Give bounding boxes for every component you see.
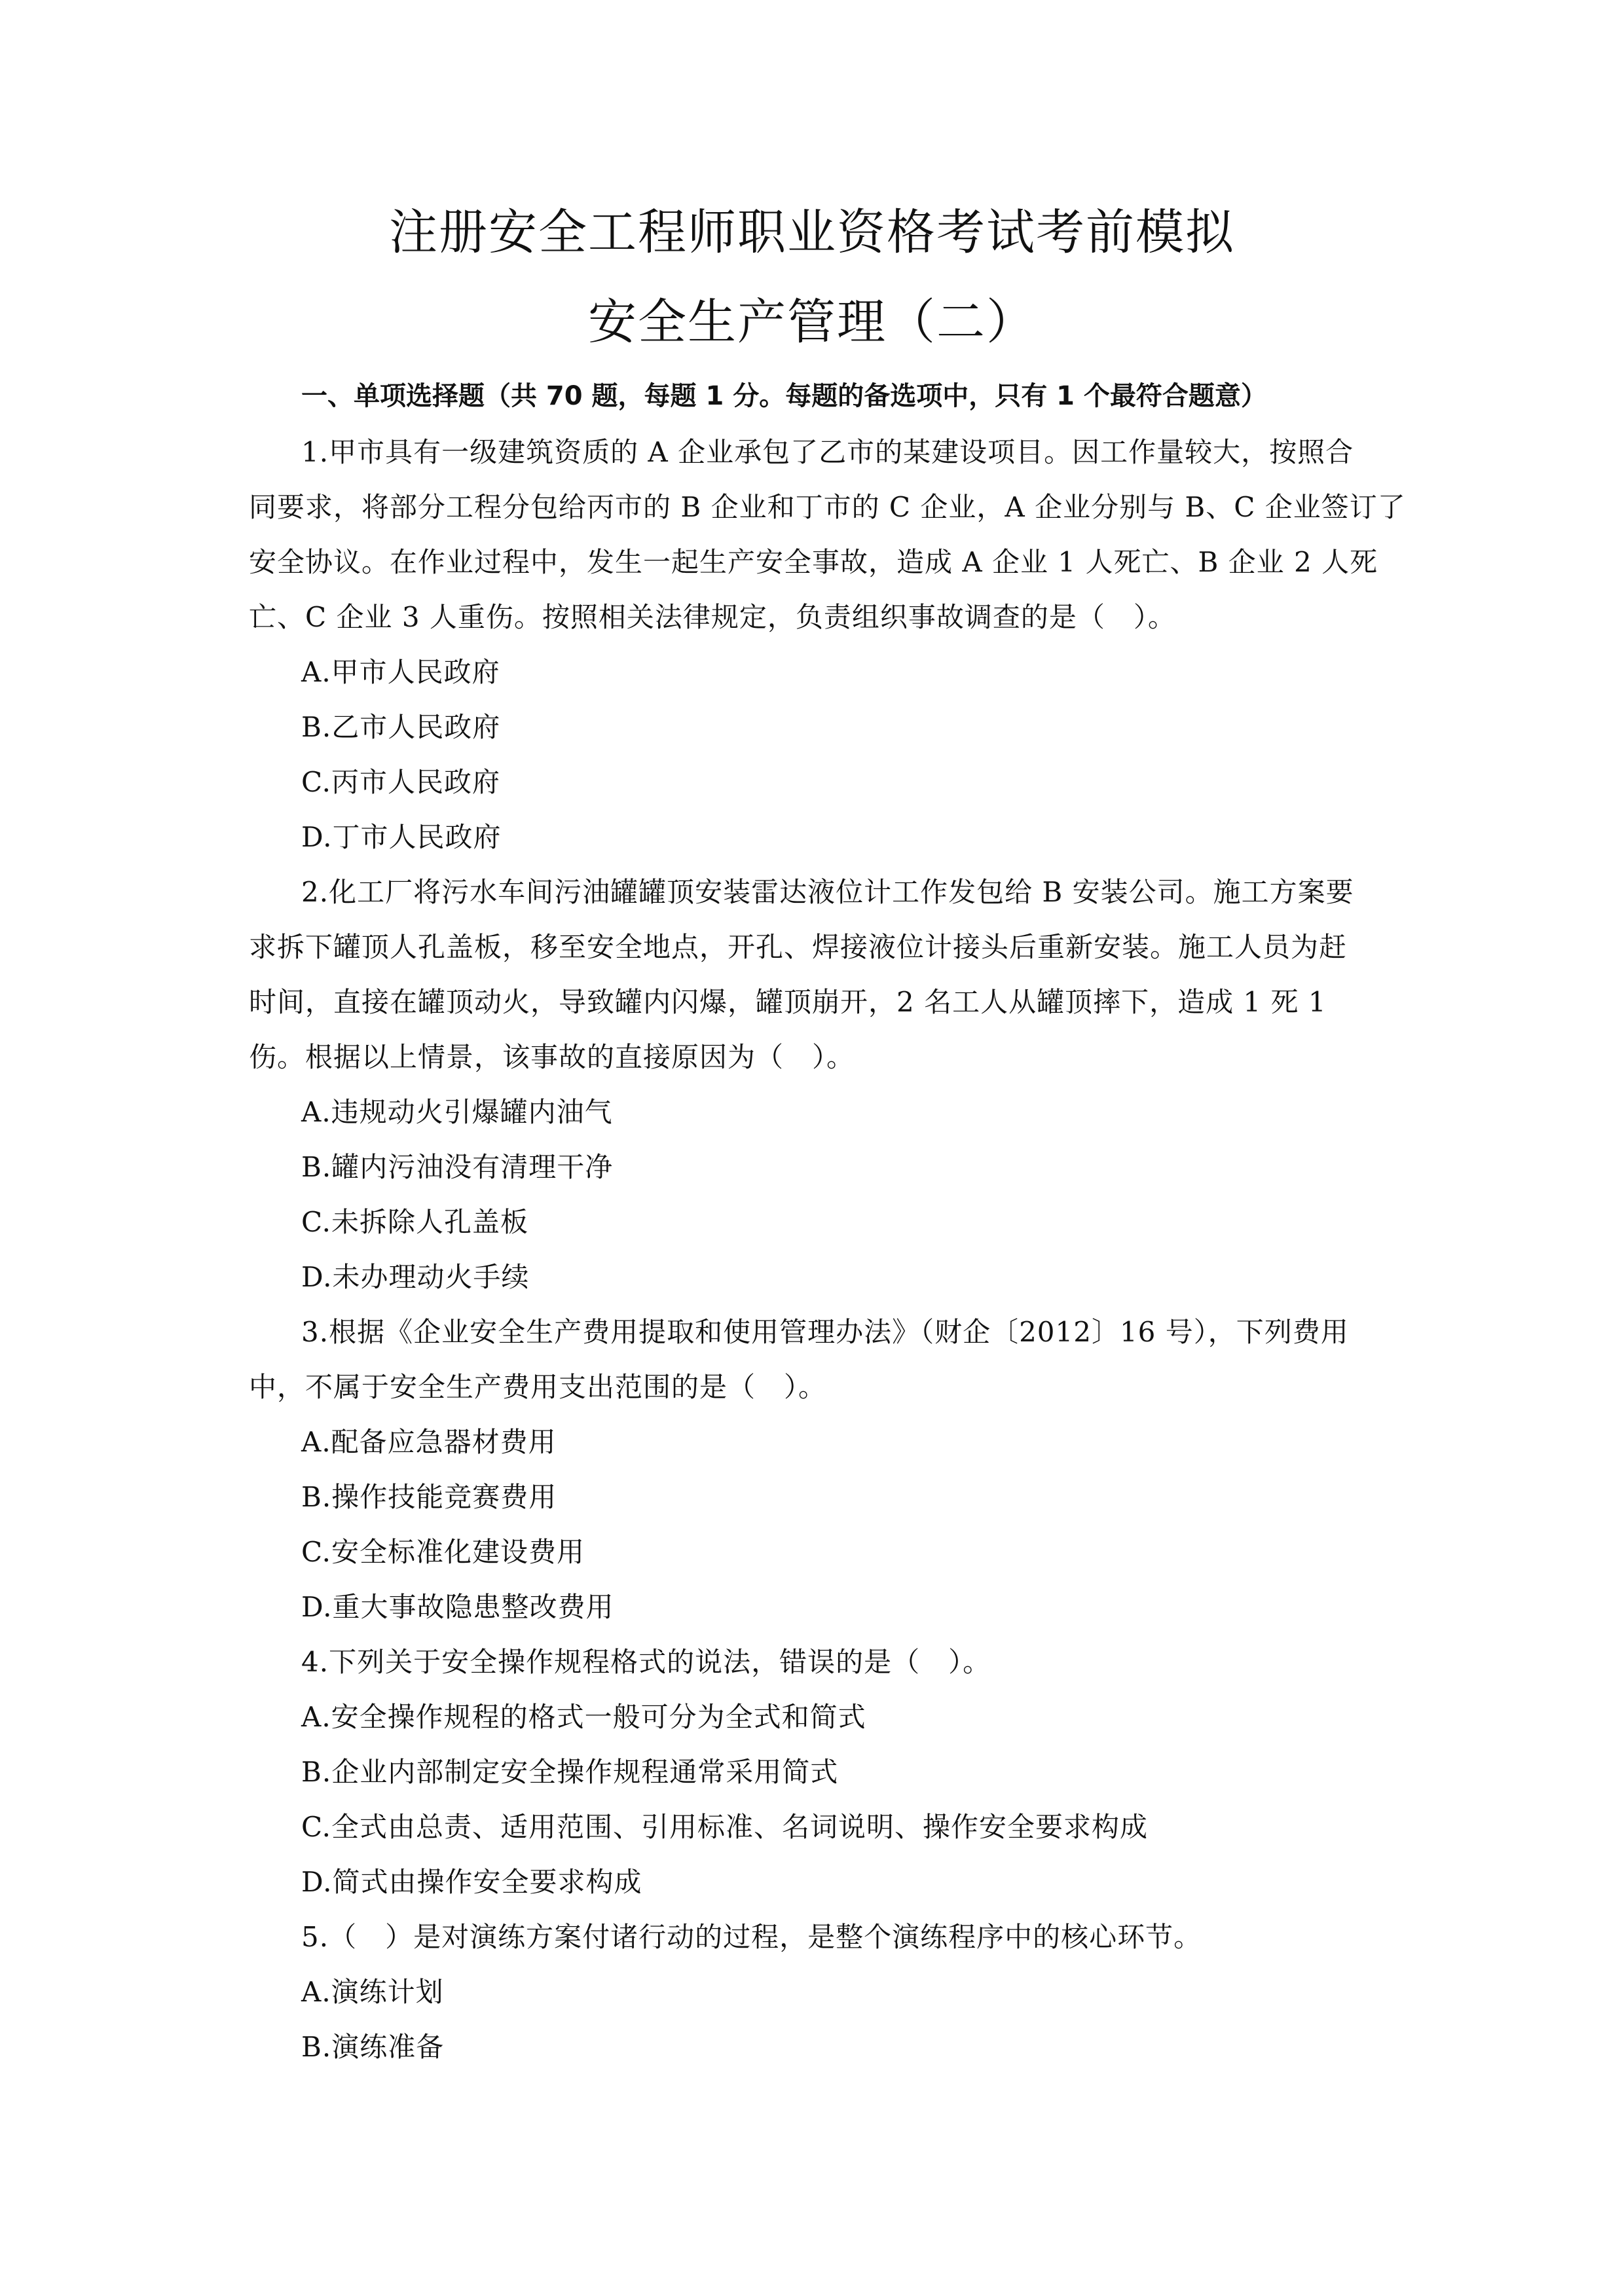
question-2-option-a: A.违规动火引爆罐内油气 (301, 1099, 1428, 1126)
question-3-option-c: C.安全标准化建设费用 (301, 1539, 1428, 1566)
question-1-stem-line: 安全协议。在作业过程中，发生一起生产安全事故，造成 A 企业 1 人死亡、B 企… (249, 549, 1375, 576)
question-1-option-c: C.丙市人民政府 (301, 769, 1428, 796)
question-2-stem-line: 伤。根据以上情景，该事故的直接原因为（ ）。 (249, 1044, 1375, 1071)
question-4-stem-line: 4.下列关于安全操作规程格式的说法，错误的是（ ）。 (301, 1649, 1428, 1676)
question-4-option-d: D.简式由操作安全要求构成 (301, 1868, 1428, 1896)
question-2-stem-line: 求拆下罐顶人孔盖板，移至安全地点，开孔、焊接液位计接头后重新安装。施工人员为赶 (249, 934, 1375, 961)
question-2-option-d: D.未办理动火手续 (301, 1264, 1428, 1291)
document-title: 注册安全工程师职业资格考试考前模拟 (0, 208, 1624, 257)
question-1-stem-line: 亡、C 企业 3 人重伤。按照相关法律规定，负责组织事故调查的是（ ）。 (249, 604, 1375, 631)
question-1-option-a: A.甲市人民政府 (301, 659, 1428, 686)
question-3-stem-line: 中，不属于安全生产费用支出范围的是（ ）。 (249, 1374, 1375, 1401)
question-1-stem-line: 1.甲市具有一级建筑资质的 A 企业承包了乙市的某建设项目。因工作量较大，按照合 (301, 439, 1428, 466)
question-1-option-b: B.乙市人民政府 (301, 714, 1428, 741)
question-5-option-b: B.演练准备 (301, 2033, 1428, 2061)
question-3-option-b: B.操作技能竞赛费用 (301, 1484, 1428, 1511)
section-heading: 一、单项选择题（共 70 题，每题 1 分。每题的备选项中，只有 1 个最符合题… (301, 383, 1267, 409)
question-3-stem-line: 3.根据《企业安全生产费用提取和使用管理办法》（财企〔2012〕16 号），下列… (301, 1319, 1428, 1346)
question-2-option-c: C.未拆除人孔盖板 (301, 1209, 1428, 1236)
question-1-option-d: D.丁市人民政府 (301, 824, 1428, 851)
question-3-option-d: D.重大事故隐患整改费用 (301, 1594, 1428, 1621)
question-1-stem-line: 同要求，将部分工程分包给丙市的 B 企业和丁市的 C 企业，A 企业分别与 B、… (249, 494, 1375, 521)
question-2-stem-line: 时间，直接在罐顶动火，导致罐内闪爆，罐顶崩开，2 名工人从罐顶摔下，造成 1 死… (249, 989, 1375, 1016)
question-5-option-a: A.演练计划 (301, 1978, 1428, 2006)
question-5-stem-line: 5.（ ）是对演练方案付诸行动的过程，是整个演练程序中的核心环节。 (301, 1923, 1428, 1951)
question-4-option-a: A.安全操作规程的格式一般可分为全式和简式 (301, 1704, 1428, 1731)
question-3-option-a: A.配备应急器材费用 (301, 1429, 1428, 1456)
document-page: 注册安全工程师职业资格考试考前模拟 安全生产管理（二） 一、单项选择题（共 70… (0, 0, 1624, 2296)
question-4-option-c: C.全式由总责、适用范围、引用标准、名词说明、操作安全要求构成 (301, 1813, 1428, 1841)
question-2-stem-line: 2.化工厂将污水车间污油罐罐顶安装雷达液位计工作发包给 B 安装公司。施工方案要 (301, 879, 1428, 906)
question-4-option-b: B.企业内部制定安全操作规程通常采用简式 (301, 1758, 1428, 1786)
document-subtitle: 安全生产管理（二） (0, 298, 1624, 346)
question-2-option-b: B.罐内污油没有清理干净 (301, 1154, 1428, 1181)
